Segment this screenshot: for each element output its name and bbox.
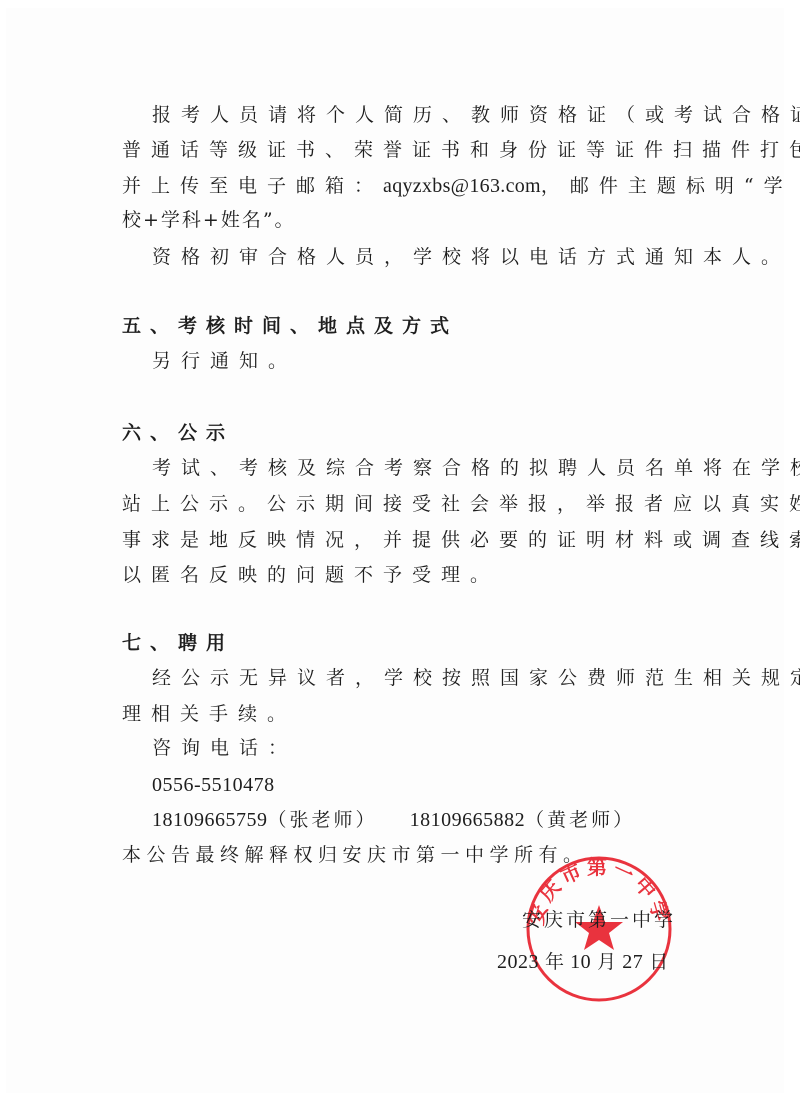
date-year: 2023 [497, 951, 539, 973]
paragraph-line: 考试、考核及综合考察合格的拟聘人员名单将在学校网 [152, 456, 800, 480]
date-day: 27 [622, 951, 643, 973]
paragraph-line: 报考人员请将个人简历、教师资格证（或考试合格证）、 [152, 103, 800, 127]
date-month-unit: 月 [597, 951, 616, 973]
section-5-body: 另行通知。 [152, 349, 297, 373]
contact-label: 咨询电话： [152, 736, 297, 760]
email-address: aqyzxbs@163.com [383, 175, 541, 197]
date-year-unit: 年 [545, 951, 564, 973]
contact-name-zhang: （张老师） [268, 809, 378, 831]
paragraph-line: 经公示无异议者，学校按照国家公费师范生相关规定办 [152, 666, 800, 690]
paragraph-line: 理相关手续。 [122, 702, 296, 726]
paragraph-line: 以匿名反映的问题不予受理。 [122, 563, 499, 587]
signature-org: 安庆市第一中学 [522, 908, 676, 932]
section-heading-5: 五、考核时间、地点及方式 [122, 314, 458, 338]
paragraph-line: 并上传至电子邮箱：aqyzxbs@163.com，邮件主题标明“学 [122, 174, 793, 198]
office-phone: 0556-5510478 [152, 773, 275, 797]
paragraph-line: 校+学科+姓名”。 [122, 208, 296, 232]
disclaimer: 本公告最终解释权归安庆市第一中学所有。 [122, 843, 588, 867]
contact-phone-huang: 18109665882 [410, 809, 526, 831]
contact-phone-zhang: 18109665759 [152, 809, 268, 831]
paragraph-line: 普通话等级证书、荣誉证书和身份证等证件扫描件打包，一 [122, 138, 800, 162]
signature-date: 2023 年 10 月 27 日 [497, 950, 668, 974]
paragraph-line: 资格初审合格人员，学校将以电话方式通知本人。 [152, 245, 790, 269]
date-day-unit: 日 [649, 951, 668, 973]
date-month: 10 [570, 951, 591, 973]
contact-row: 18109665759（张老师） 18109665882（黄老师） [152, 808, 635, 832]
email-label: 并上传至电子邮箱： [122, 175, 383, 197]
contact-name-huang: （黄老师） [525, 809, 635, 831]
section-heading-6: 六、公示 [122, 421, 234, 445]
email-subject-note: ，邮件主题标明“学 [541, 175, 793, 197]
paragraph-line: 站上公示。公示期间接受社会举报，举报者应以真实姓名实 [122, 492, 800, 516]
paragraph-line: 事求是地反映情况，并提供必要的证明材料或调查线索。凡 [122, 528, 800, 552]
section-heading-7: 七、聘用 [122, 631, 234, 655]
